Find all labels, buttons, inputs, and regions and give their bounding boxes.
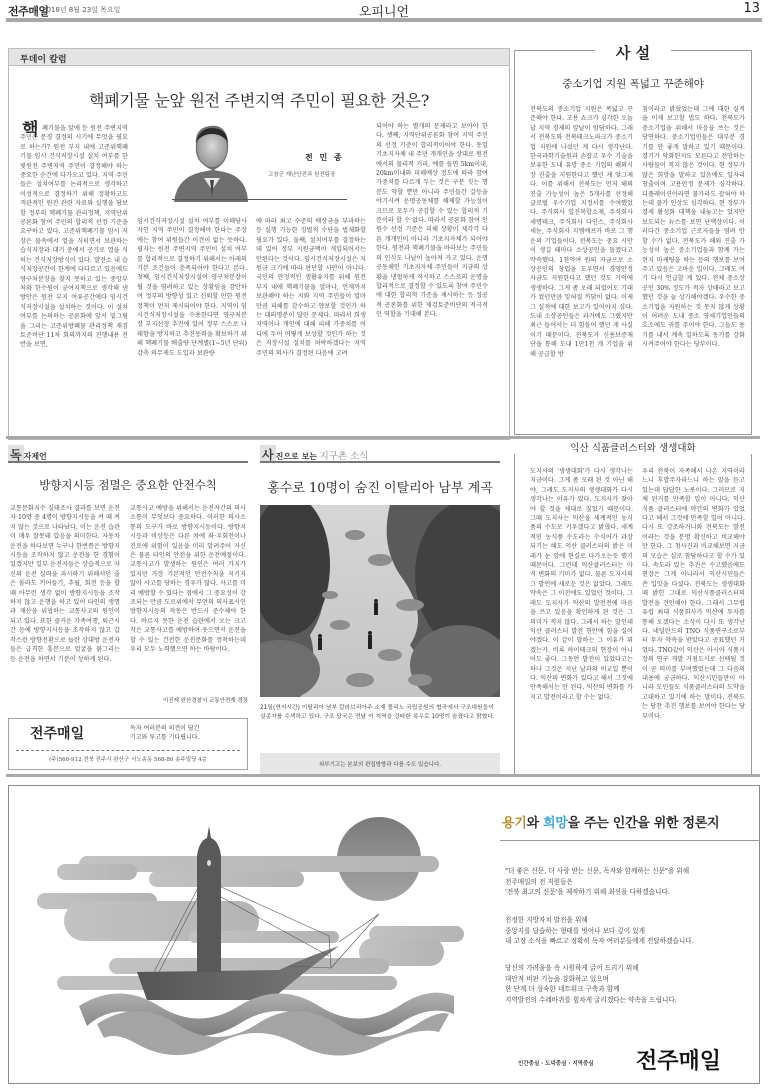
today-column-col-1: 폐기물을 앞에 둔 원전 주변지역 주민은 문경 결정의 시기에 무엇을 필요로…	[20, 124, 128, 430]
today-column-col-4: 되어야 하는 별개의 문제라고 보아야 한다. 셋째, 지역단위공론화 참여 지…	[376, 122, 488, 430]
reader-column-header: 독자제언	[8, 445, 248, 463]
photo-news-label-light: 지구촌 소식	[320, 451, 369, 462]
editorial-col-2: 침이라고 밝혔었는데 그에 대한 실적을 이제 보고할 법도 하다. 전북도가 …	[642, 105, 745, 423]
external-contribution-notice: 외부기고는 본보의 편집방향과 다를 수도 있습니다.	[260, 753, 500, 775]
ad-headline-rule	[500, 840, 760, 841]
ad-line: 전주매일의 전 직원들은	[505, 877, 689, 888]
today-column-label: 투데이 칼럼	[8, 48, 510, 66]
ad-divider	[6, 774, 760, 777]
today-column-col-3: 에 따라 최고 수준의 배상금을 부과하는 등 실행 가능한 징벌적 수단을 법…	[256, 217, 366, 430]
today-column-col-2: 임시건식저장시설 설치 여부를 이해당사자인 지역 주민이 결정해야 한다는 주…	[137, 217, 247, 430]
ravine-photo	[260, 505, 500, 697]
ad-headline-rest: 을 주는 인간을 위한 정론지	[568, 816, 720, 831]
editorial-label: 사 설	[595, 42, 671, 63]
ad-line: 진정한 지방자치 발전을 위해	[505, 915, 694, 926]
photo-news-label-mid: 진으로 보는	[276, 452, 317, 461]
promo-brand: 전주매일	[30, 723, 84, 743]
reader-col-1: 교통문화지수 실태조사 결과를 보면 운전자 10명 중 4명이 방향지시등을 …	[10, 504, 120, 704]
reader-label-rest: 자제언	[24, 452, 47, 461]
ikssan-editorial-col-2: 우리 전북이 자족해서 나온 지역이라느니 후발주자라느니 하는 말을 듣고 있…	[642, 467, 745, 769]
ad-paragraph-2: 진정한 지방자치 발전을 위해 중앙지를 답습하는 형태를 벗어나 보다 깊이 …	[505, 915, 694, 947]
photo-news-title: 홍수로 10명이 숨진 이탈리아 남부 계곡	[260, 477, 500, 496]
ship-illustration	[9, 786, 489, 1082]
ad-line: '전북 최고의 신문'을 제작하기 위해 최선을 다하겠습니다.	[505, 887, 689, 898]
ad-brand-logo: 전주매일	[636, 1044, 721, 1075]
today-column-title: 핵폐기물 눈앞 원전 주변지역 주민이 필요한 것은?	[8, 88, 510, 111]
promo-message-line-2: 기고와 투고를 기다립니다.	[130, 733, 199, 742]
ad-paragraph-3: 당신의 가려움을 속 시원하게 긁어 드리기 위해 대안적 비판 기능을 강화하…	[505, 963, 677, 1005]
author-divider	[172, 199, 347, 200]
ad-headline-courage: 용기	[502, 816, 527, 831]
ad-headline-hope: 희망	[543, 816, 568, 831]
ad-line: 당신의 가려움을 속 시원하게 긁어 드리기 위해	[505, 963, 677, 974]
ad-headline-and: 와	[527, 816, 543, 831]
ad-line: 중앙지를 답습하는 형태를 벗어나 보다 깊이 있게	[505, 926, 694, 937]
reader-col-2: 교통사고 예방을 위해서는 운전자간의 의사소통이 무엇보다 중요하다. 이러한…	[130, 504, 246, 694]
ad-line: 대안적 비판 기능을 강화하고 있으며	[505, 974, 677, 985]
editorial-title: 중소기업 지원 폭넓고 꾸준해야	[514, 76, 752, 91]
promo-message: 독자 여러분의 의견이 담긴 기고와 투고를 기다립니다.	[130, 724, 199, 742]
editorial-col-1: 전북도의 중소기업 지원은 폭넓고 꾸준해야 한다. 고용 쇼크가 심각한 오늘…	[530, 105, 633, 423]
author-position: 고창군 재난안전과 원전팀장	[268, 170, 335, 178]
reader-byline: 이진제 완산경찰서 교통안전계 경장	[130, 696, 248, 704]
masthead-rule	[6, 18, 762, 22]
promo-address: (주)560-912 전북 전주시 완산구 서노송동 568-80 송주빌딩 4…	[8, 755, 248, 763]
photo-news-header: 사진으로 보는 지구촌 소식	[260, 445, 500, 463]
ad-line: 한 단계 더 성숙한 네트워크 구축과 함께	[505, 984, 677, 995]
photo-caption: 21일(현지시간) 이탈리아 남부 칼라브리아주 소재 폴리노 국립공원의 협곡…	[260, 704, 500, 721]
ad-line: "더 좋은 신문, 더 사랑 받는 신문, 독자와 함께하는 신문"을 위해	[505, 866, 689, 877]
masthead-date: 2018년 8월 23일 목요일	[42, 5, 120, 15]
promo-divider	[16, 750, 240, 751]
reader-column-title: 방향지시등 점멸은 중요한 안전수칙	[8, 477, 248, 493]
page-number: 13	[743, 1, 760, 16]
ad-paragraph-1: "더 좋은 신문, 더 사랑 받는 신문, 독자와 함께하는 신문"을 위해 전…	[505, 866, 689, 898]
reader-label-big: 독	[8, 445, 24, 461]
author-name: 전 민 종	[305, 152, 344, 163]
ad-line: 내 고장 소식을 빠르고 정확히 독자 여러분들에게 전달하겠습니다.	[505, 936, 694, 947]
ad-slogan: 인간중심 · 도덕중심 · 지역중심	[518, 1059, 594, 1067]
ikssan-editorial-col-1: 도지사의 '생생대화'가 다시 생각나는 지금이다. 그게 좀 오래 된 것 아…	[530, 467, 633, 769]
promo-message-line-1: 독자 여러분의 의견이 담긴	[130, 724, 199, 733]
ikssan-editorial-title: 익산 식품클러스터와 생생대화	[514, 440, 752, 454]
ad-headline: 용기와 희망을 주는 인간을 위한 정론지	[502, 812, 719, 831]
ad-line: 지역발전의 수레바퀴를 힘차게 굴리겠다는 약속을 드립니다.	[505, 995, 677, 1006]
photo-news-label-big: 사	[260, 445, 276, 461]
section-divider	[6, 436, 760, 439]
